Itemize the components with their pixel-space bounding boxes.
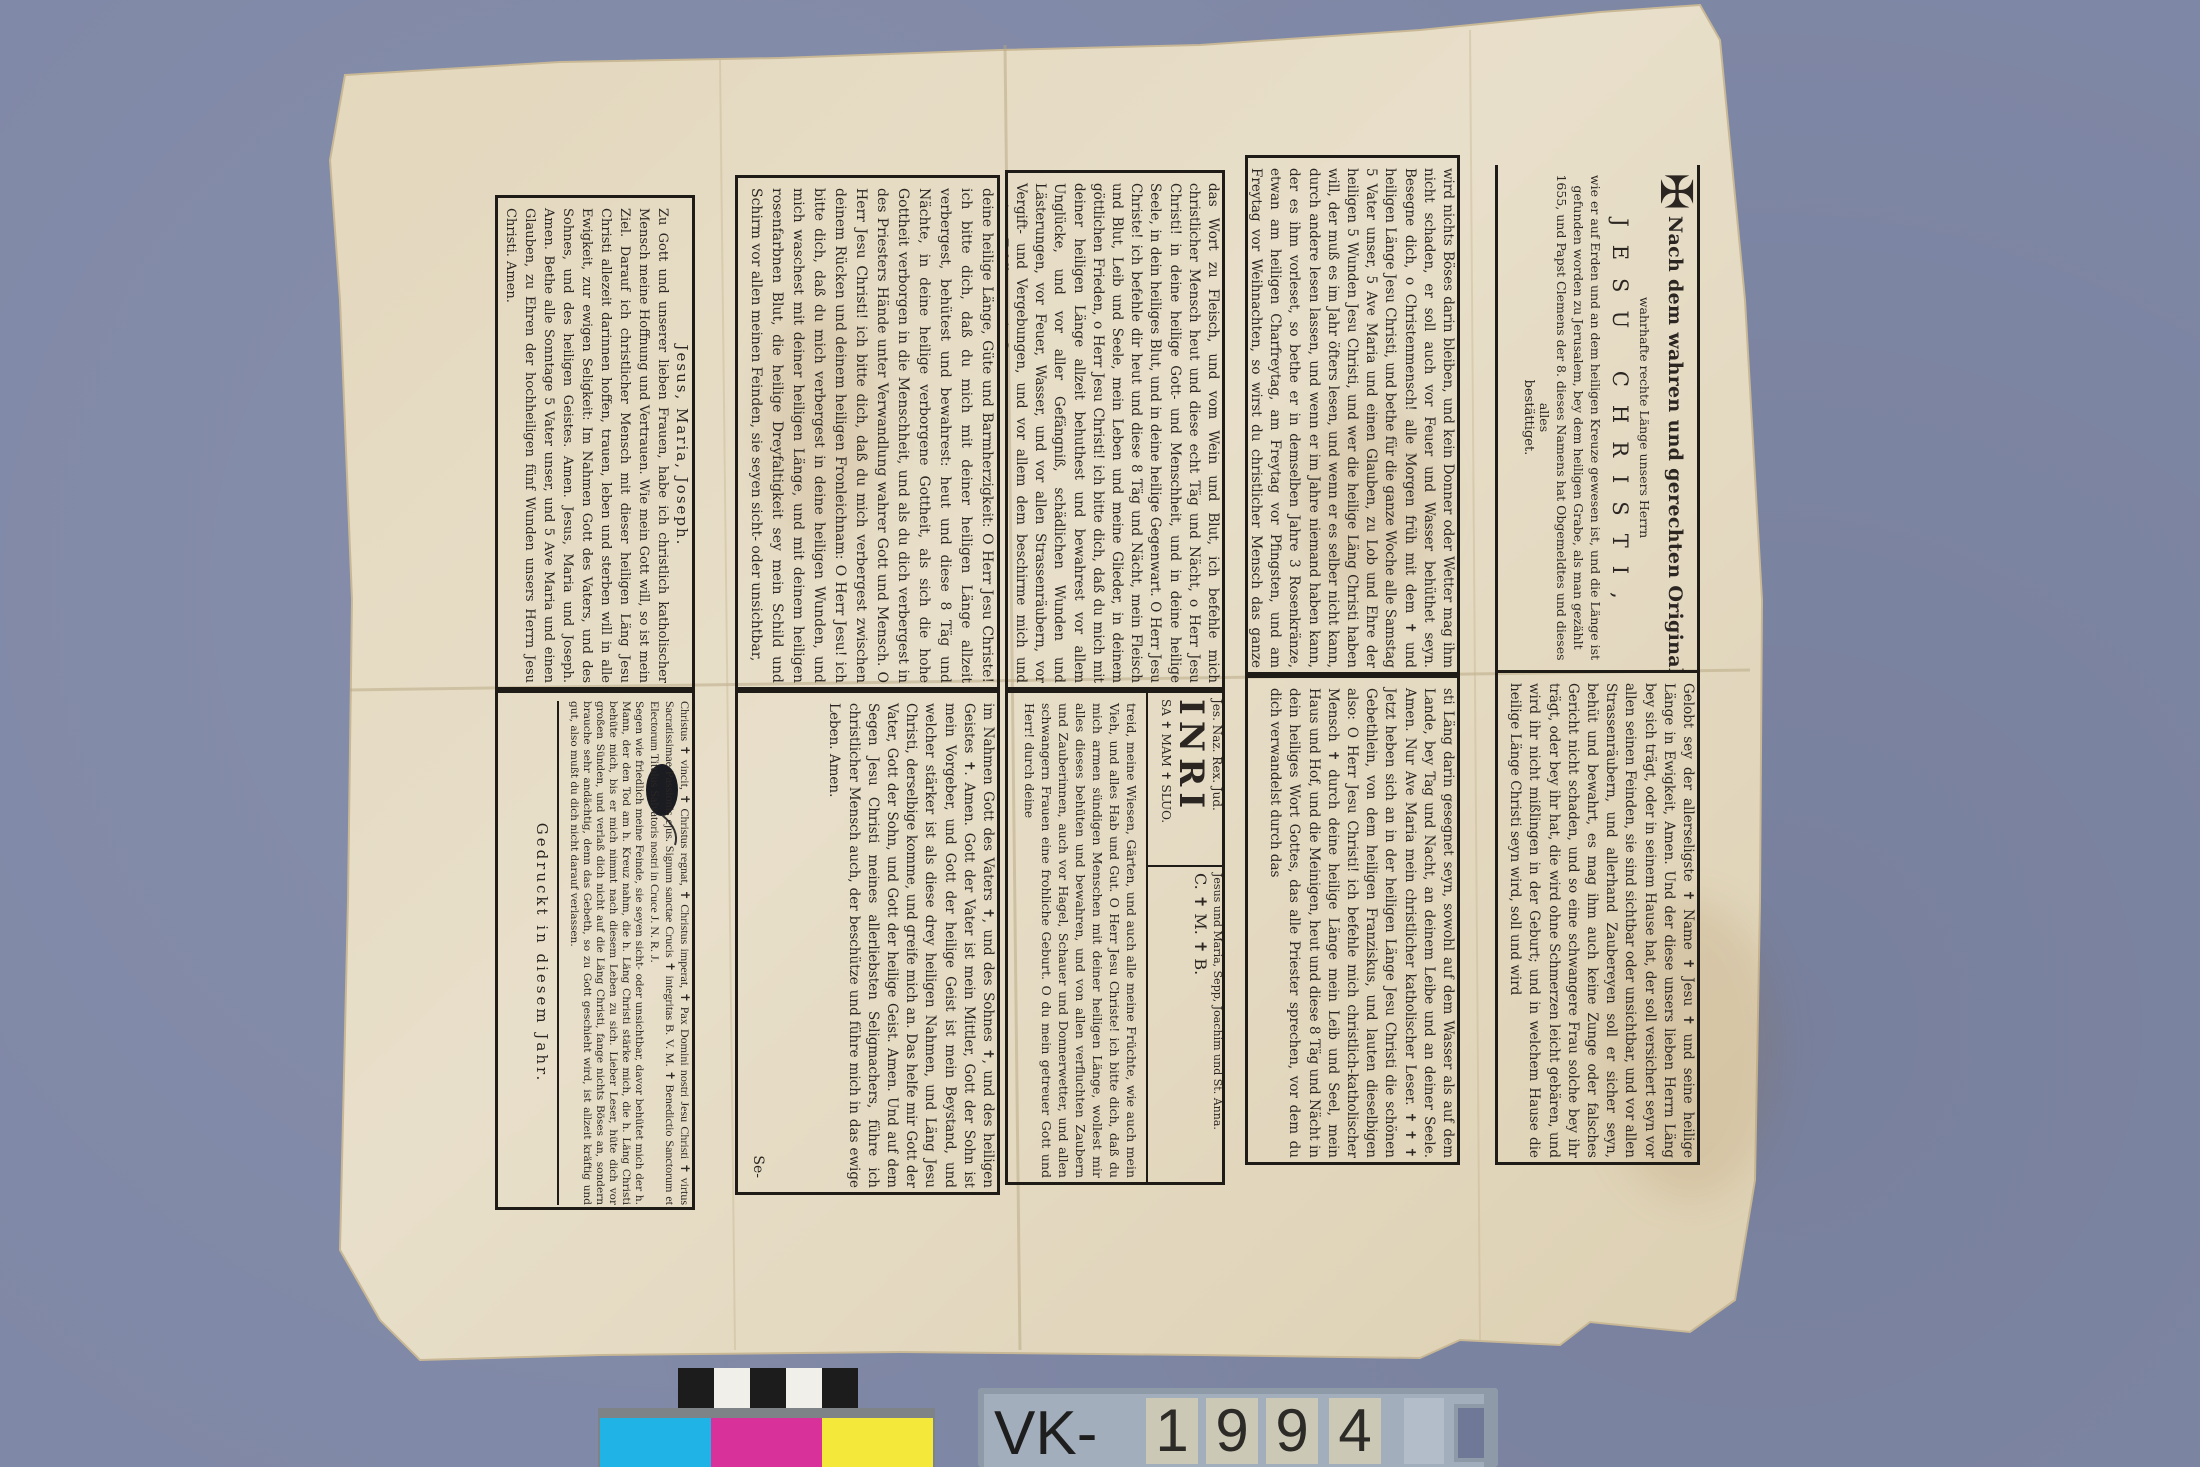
- text-column-b-top: deine heilige Länge, Güte und Barmherzig…: [735, 175, 1000, 690]
- swatch-yellow: [822, 1418, 933, 1467]
- inri-block: Jes. Naz. Rex. Jud. INRI SA ✝ MAM ✝ SLUO…: [1146, 693, 1225, 1185]
- text-column-c-bottom: Jes. Naz. Rex. Jud. INRI SA ✝ MAM ✝ SLUO…: [1005, 690, 1225, 1185]
- white-block: [786, 1368, 822, 1408]
- accession-digit: 9: [1266, 1398, 1318, 1464]
- heading-subtitle: wahrhafte rechte Länge unsers Herrn: [1636, 173, 1653, 662]
- column-text: wird nichts Böses darin bleiben, und kei…: [1248, 158, 1460, 675]
- column-text: deine heilige Länge, Güte und Barmherzig…: [738, 178, 1000, 690]
- black-block: [678, 1368, 714, 1408]
- column-text: Zu Gott und unserer lieben Frauen, habe …: [501, 208, 672, 683]
- inri-line2: SA ✝ MAM ✝ SLUO.: [1158, 699, 1173, 859]
- column-text: im Nahmen Gott des Vaters ✝, und des Soh…: [818, 693, 1000, 1195]
- heading-confirmation: bestättiget.: [1521, 173, 1536, 662]
- text-column-e-bottom: Gelobt sey der allerseligste ✝ Name ✝ Je…: [1495, 670, 1700, 1165]
- imprint: Gedruckt in diesem Jahr.: [533, 701, 559, 1205]
- heading-name: JESU CHRISTI,: [1606, 173, 1634, 662]
- bw-blocks: [678, 1368, 858, 1408]
- column-text: sti Läng darin gesegnet seyn, sowohl auf…: [1248, 678, 1460, 1165]
- column-text: treid, meine Wiesen, Gärten, und auch al…: [1008, 693, 1146, 1185]
- inri-line3: Jesus und Maria, Sepp, Joachim und St. A…: [1210, 873, 1224, 1182]
- text-column-d-bottom: sti Läng darin gesegnet seyn, sowohl auf…: [1245, 675, 1460, 1165]
- heading-box: ✠ Nach dem wahren und gerechten Original…: [1495, 165, 1700, 670]
- swatch-cyan: [600, 1418, 711, 1467]
- label-window: [1454, 1404, 1488, 1462]
- white-block: [714, 1368, 750, 1408]
- cross-ornament-icon: ✠: [1653, 173, 1697, 210]
- column-text: Segen wie friedlich meine Feinde, sie se…: [567, 701, 645, 1205]
- column-text: Gelobt sey der allerseligste ✝ Name ✝ Je…: [1498, 673, 1700, 1165]
- accession-digit: 4: [1329, 1398, 1381, 1464]
- inri-line4: C. ✝ M. ✝ B.: [1190, 873, 1210, 1182]
- color-calibration-card: [598, 1368, 938, 1467]
- column-text: das Wort zu Fleisch, und vom Wein und Bl…: [1008, 173, 1225, 690]
- latin-blessing: Christus ✝ vincit, ✝ Christus regnat, ✝ …: [647, 701, 692, 1205]
- swatch-magenta: [711, 1418, 822, 1467]
- catchword: Se-: [750, 1155, 766, 1178]
- inri-title: INRI: [1173, 699, 1209, 859]
- text-column-c-top: das Wort zu Fleisch, und vom Wein und Bl…: [1005, 170, 1225, 690]
- label-slot: [1404, 1398, 1444, 1464]
- heading-title: Nach dem wahren und gerechten Original a…: [1661, 216, 1689, 670]
- accession-digit: 1: [1146, 1398, 1198, 1464]
- black-block: [750, 1368, 786, 1408]
- accession-label: VK- 1 9 9 4: [978, 1388, 1498, 1467]
- black-block: [822, 1368, 858, 1408]
- column-title: Jesus, Maria, Joseph.: [672, 208, 692, 683]
- text-column-d-top: wird nichts Böses darin bleiben, und kei…: [1245, 155, 1460, 675]
- inri-line1: Jes. Naz. Rex. Jud.: [1209, 699, 1224, 859]
- accession-digit: 9: [1206, 1398, 1258, 1464]
- text-column-a-top: Jesus, Maria, Joseph. Zu Gott und unsere…: [495, 195, 695, 690]
- text-column-a-bottom: Christus ✝ vincit, ✝ Christus regnat, ✝ …: [495, 690, 695, 1210]
- accession-prefix: VK-: [994, 1399, 1097, 1467]
- heading-body: wie er auf Erden und an dem heiligen Kre…: [1536, 173, 1604, 662]
- text-column-b-bottom: im Nahmen Gott des Vaters ✝, und des Soh…: [735, 690, 1000, 1195]
